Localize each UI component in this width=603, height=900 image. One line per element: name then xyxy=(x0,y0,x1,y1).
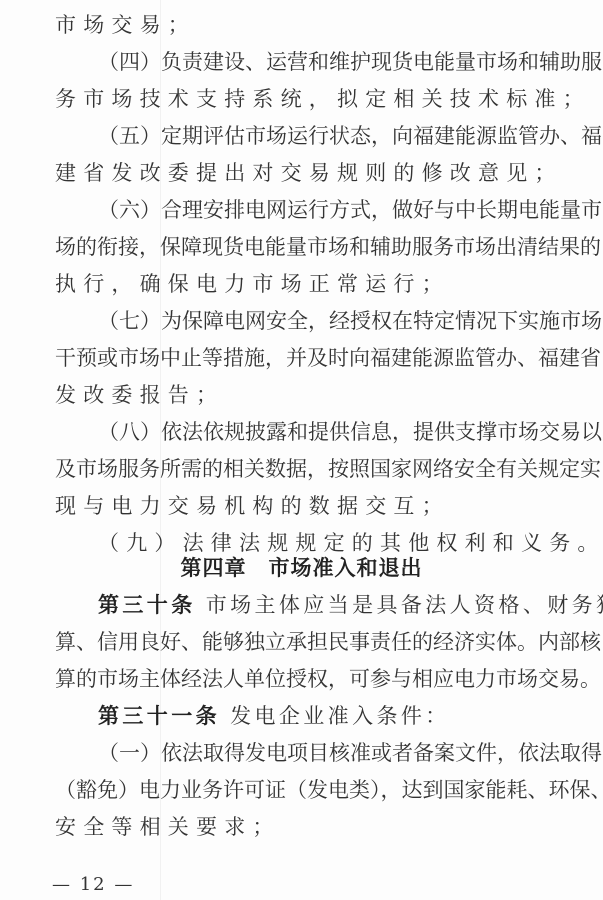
article-30-first-line: 第三十条 市场主体应当是具备法人资格、财务独立核 xyxy=(98,590,555,620)
article-31-text: 发电企业准入条件： xyxy=(230,704,450,728)
text-line: 执行，确保电力市场正常运行； xyxy=(55,269,555,299)
text-line: 算的市场主体经法人单位授权，可参与相应电力市场交易。 xyxy=(55,664,555,694)
text-line: 建省发改委提出对交易规则的修改意见； xyxy=(55,158,555,188)
chapter-heading: 第四章市场准入和退出 xyxy=(0,553,603,583)
text-line: 发改委报告； xyxy=(55,380,555,410)
text-line: 市场交易； xyxy=(55,10,555,40)
list-item-4: （四）负责建设、运营和维护现货电能量市场和辅助服 xyxy=(98,47,555,77)
text-line: 场的衔接，保障现货电能量市场和辅助服务市场出清结果的 xyxy=(55,232,555,262)
list-item-6: （六）合理安排电网运行方式，做好与中长期电能量市 xyxy=(98,195,555,225)
text-line: 现与电力交易机构的数据交互； xyxy=(55,491,555,521)
list-item-8: （八）依法依规披露和提供信息，提供支撑市场交易以 xyxy=(98,417,555,447)
text-line: 安全等相关要求； xyxy=(55,812,555,842)
list-item-1: （一）依法取得发电项目核准或者备案文件，依法取得 xyxy=(98,738,555,768)
article-31-label: 第三十一条 xyxy=(98,704,220,728)
list-item-7: （七）为保障电网安全，经授权在特定情况下实施市场 xyxy=(98,306,555,336)
text-line: 干预或市场中止等措施，并及时向福建能源监管办、福建省 xyxy=(55,343,555,373)
document-page: 市场交易； （四）负责建设、运营和维护现货电能量市场和辅助服 务市场技术支持系统… xyxy=(0,0,603,900)
article-31-first-line: 第三十一条 发电企业准入条件： xyxy=(98,701,555,731)
article-30-label: 第三十条 xyxy=(98,593,196,617)
text-line: 及市场服务所需的相关数据，按照国家网络安全有关规定实 xyxy=(55,454,555,484)
chapter-title: 市场准入和退出 xyxy=(269,556,423,580)
text-line: 算、信用良好、能够独立承担民事责任的经济实体。内部核 xyxy=(55,627,555,657)
text-line: 务市场技术支持系统，拟定相关技术标准； xyxy=(55,84,555,114)
article-30-text: 市场主体应当是具备法人资格、财务独立核 xyxy=(206,593,603,617)
page-number: — 12 — xyxy=(52,872,134,898)
list-item-5: （五）定期评估市场运行状态，向福建能源监管办、福 xyxy=(98,121,555,151)
chapter-number: 第四章 xyxy=(181,556,247,580)
text-line: （豁免）电力业务许可证（发电类），达到国家能耗、环保、 xyxy=(55,775,555,805)
